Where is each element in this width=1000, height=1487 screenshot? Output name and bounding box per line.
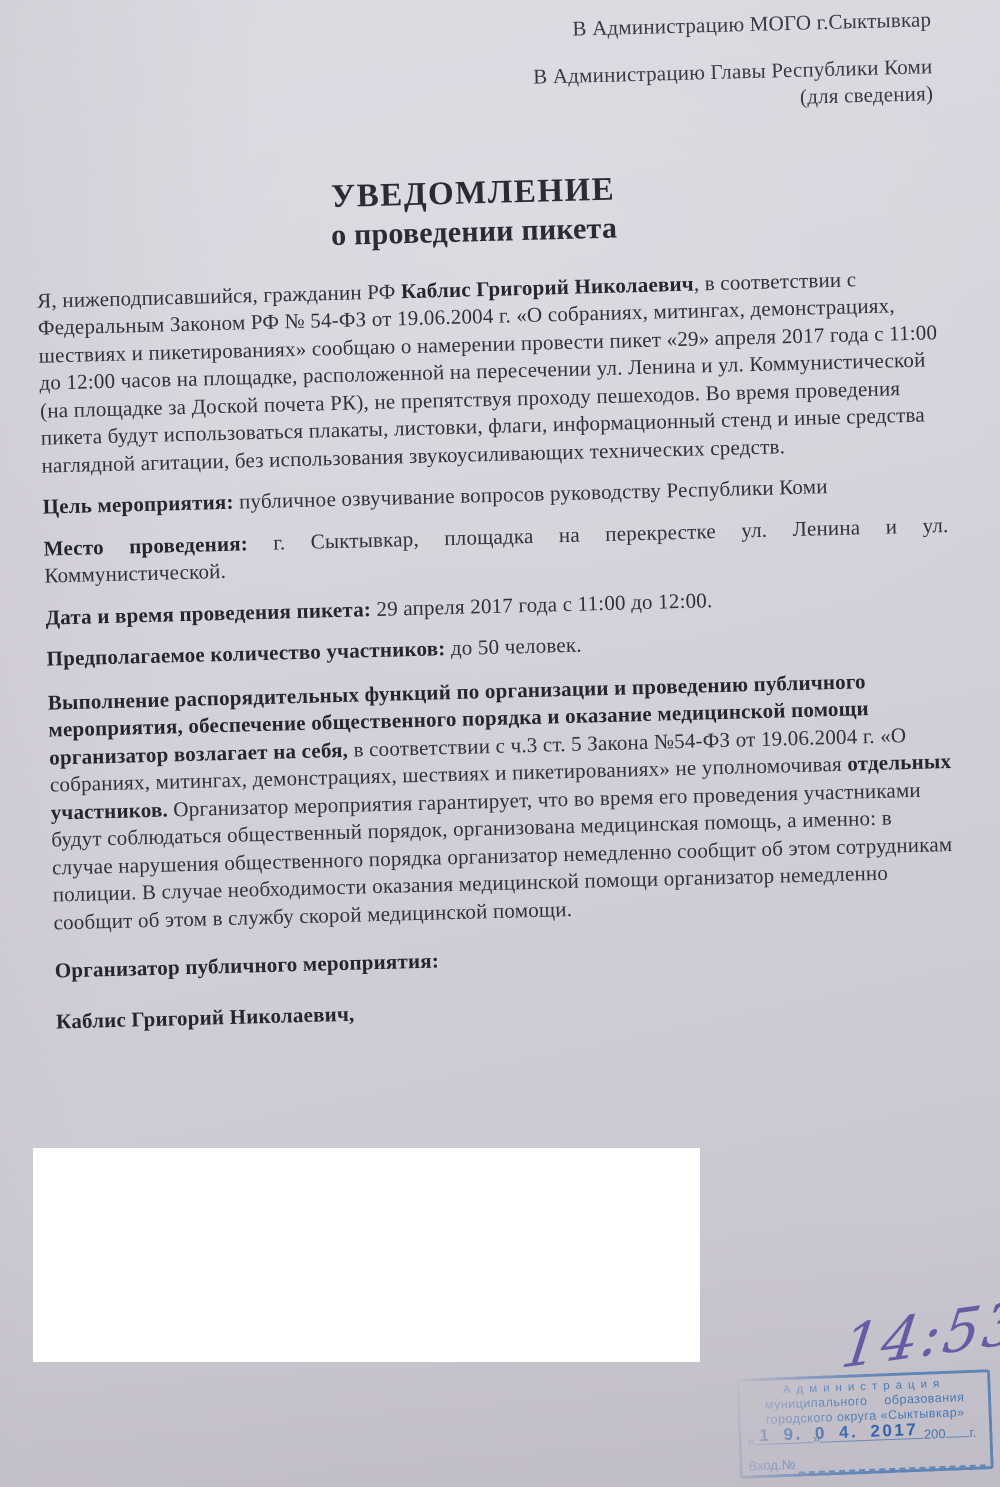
document-text-block: В Администрацию МОГО г.Сыктывкар В Админ… — [30, 6, 961, 1035]
intro-paragraph: Я, нижеподписавшийся, гражданин РФ Кабли… — [37, 264, 947, 480]
organizer-name-inline: Каблис Григорий Николаевич — [401, 271, 694, 303]
stamp-year-suffix: г. — [969, 1425, 976, 1440]
goal-line: Цель мероприятия: публичное озвучивание … — [42, 470, 947, 521]
stamp-incoming-label: Вход.№ — [748, 1456, 796, 1476]
organizer-section-label: Организатор публичного мероприятия: — [54, 934, 959, 985]
organizer-name-line: Каблис Григорий Николаевич, — [56, 984, 961, 1035]
place-line: Место проведения: г. Сыктывкар, площадка… — [43, 511, 949, 590]
document-photo: В Администрацию МОГО г.Сыктывкар В Админ… — [0, 0, 1000, 1487]
recipient-line-1: В Администрацию МОГО г.Сыктывкар — [30, 6, 931, 57]
resp-text-rest: Организатор мероприятия гарантирует, что… — [51, 777, 953, 934]
registration-stamp: Администрация муниципального образования… — [736, 1369, 994, 1479]
datetime-line: Дата и время проведения пикета: 29 апрел… — [45, 580, 950, 631]
participants-label: Предполагаемое количество участников: — [46, 636, 445, 670]
datetime-label: Дата и время проведения пикета: — [45, 597, 371, 630]
stamp-incoming-blank-line — [798, 1450, 986, 1473]
handwritten-time: 14:53 — [838, 1291, 1000, 1378]
document-title: УВЕДОМЛЕНИЕ о проведении пикета — [20, 161, 927, 263]
recipient-block: В Администрацию МОГО г.Сыктывкар В Админ… — [30, 6, 937, 131]
participants-text: до 50 человек. — [445, 633, 582, 661]
goal-label: Цель мероприятия: — [42, 490, 234, 519]
redaction-box — [33, 1148, 700, 1362]
responsibilities-paragraph: Выполнение распорядительных функций по о… — [47, 665, 958, 936]
stamp-year-prefix: 200 — [924, 1426, 946, 1442]
goal-text: публичное озвучивание вопросов руководст… — [233, 474, 828, 514]
datetime-text: 29 апреля 2017 года с 11:00 до 12:00. — [371, 588, 713, 621]
place-label: Место проведения: — [43, 531, 248, 560]
participants-line: Предполагаемое количество участников: до… — [46, 622, 951, 673]
stamp-blank-line — [945, 1423, 970, 1438]
